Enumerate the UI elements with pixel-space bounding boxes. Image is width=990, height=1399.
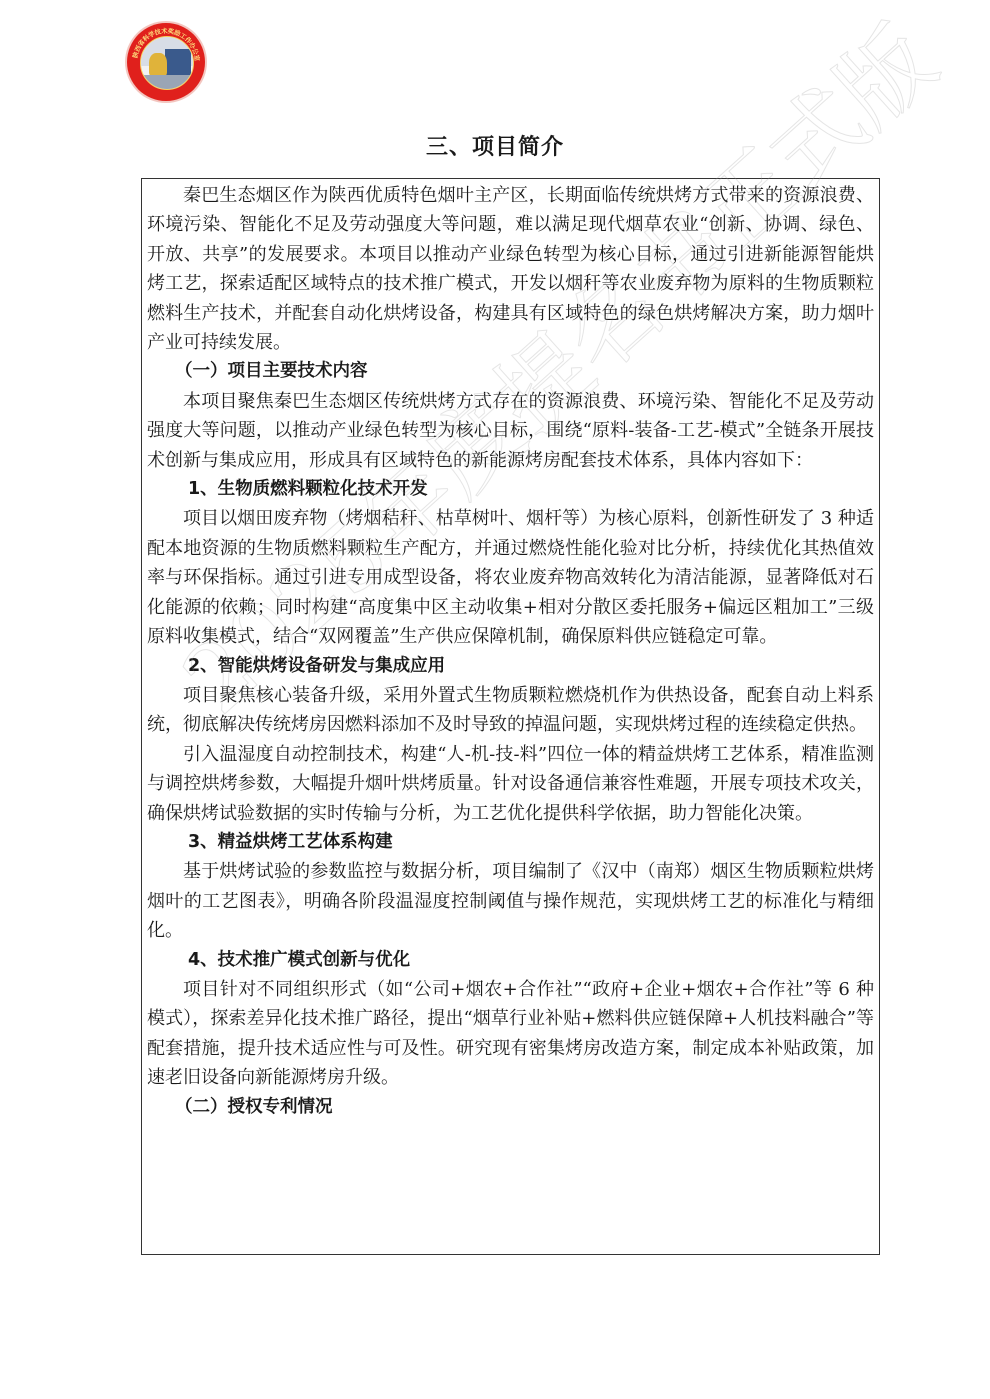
svg-text:陕西省科学技术奖励工作办公室: 陕西省科学技术奖励工作办公室 <box>131 27 201 63</box>
tech-overview-paragraph: 本项目聚焦秦巴生态烟区传统烘烤方式存在的资源浪费、环境污染、智能化不足及劳动强度… <box>143 387 878 475</box>
subheading-biomass-fuel: 1、生物质燃料颗粒化技术开发 <box>143 475 878 504</box>
section-heading-patents: （二）授权专利情况 <box>143 1093 878 1122</box>
subheading-lean-curing: 3、精益烘烤工艺体系构建 <box>143 828 878 857</box>
section-heading-tech-content: （一）项目主要技术内容 <box>143 357 878 386</box>
subheading-smart-equipment: 2、智能烘烤设备研发与集成应用 <box>143 652 878 681</box>
seal-emblem-icon: 陕西省科学技术奖励工作办公室 <box>127 23 205 101</box>
project-summary: 秦巴生态烟区作为陕西优质特色烟叶主产区，长期面临传统烘烤方式带来的资源浪费、环境… <box>143 181 878 1122</box>
intro-paragraph: 秦巴生态烟区作为陕西优质特色烟叶主产区，长期面临传统烘烤方式带来的资源浪费、环境… <box>143 181 878 357</box>
lean-curing-paragraph: 基于烘烤试验的参数监控与数据分析，项目编制了《汉中（南郑）烟区生物质颗粒烘烤烟叶… <box>143 857 878 945</box>
seal-ring-text: 陕西省科学技术奖励工作办公室 <box>127 23 205 101</box>
smart-equipment-paragraph-1: 项目聚焦核心装备升级，采用外置式生物质颗粒燃烧机作为供热设备，配套自动上料系统，… <box>143 681 878 740</box>
smart-equipment-paragraph-2: 引入温湿度自动控制技术，构建“人-机-技-料”四位一体的精益烘烤工艺体系，精准监… <box>143 740 878 828</box>
subheading-promotion-model: 4、技术推广模式创新与优化 <box>143 946 878 975</box>
biomass-fuel-paragraph: 项目以烟田废弃物（烤烟秸秆、枯草树叶、烟杆等）为核心原料，创新性研发了 3 种适… <box>143 504 878 651</box>
promotion-model-paragraph: 项目针对不同组织形式（如“公司+烟农+合作社”“政府+企业+烟农+合作社”等 6… <box>143 975 878 1093</box>
page-title: 三、项目简介 <box>0 130 990 161</box>
